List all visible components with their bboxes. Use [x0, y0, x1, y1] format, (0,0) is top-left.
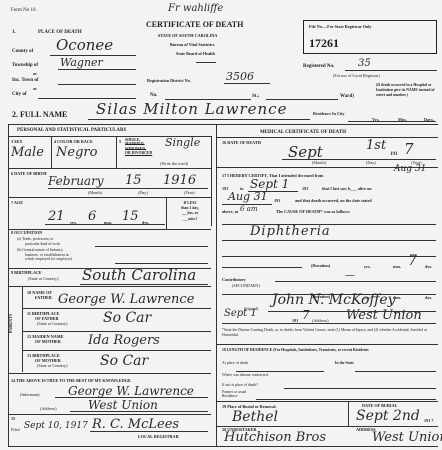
registered-number: 35 [358, 58, 371, 69]
day-caption: (Day) [366, 160, 376, 165]
knowledge-statement: 14 THE ABOVE IS TRUE TO THE BEST OF MY K… [11, 378, 131, 383]
place-of-death-heading: PLACE OF DEATH [38, 30, 82, 35]
occ-line: particular kind of work [17, 242, 60, 247]
registration-district-label: Registration District No. [147, 78, 191, 83]
month-caption: (Month) [88, 190, 102, 195]
yrs-label: yrs. [70, 220, 77, 225]
dod-day: 1st [366, 138, 386, 153]
township-value: Wagner [60, 56, 103, 69]
item-number: 15 [11, 416, 15, 421]
birthplace-label: 9 BIRTHPLACE [11, 270, 42, 275]
physician-signature: John N. McKoffey [272, 292, 396, 308]
attended-from-date: Aug 31 [394, 164, 426, 174]
occupation-a: (a) Trade, profession, or particular kin… [17, 237, 60, 246]
birthplace-sub: (State or Country) [28, 276, 58, 281]
occupation-b: (b) General nature of Industry, business… [17, 248, 72, 262]
sign-year-suffix: 7 [302, 308, 310, 322]
ward-label: Ward) [340, 94, 354, 99]
board: State Board of Health [176, 51, 215, 56]
if-not-label: If not at place of death? [222, 383, 258, 387]
dob-month: February [48, 174, 104, 188]
dod-year-prefix: 191 [390, 152, 398, 157]
birthplace-value: South Carolina [82, 266, 196, 284]
at-place-label: At place of death [222, 361, 252, 365]
marital-note: (Write the word) [160, 161, 188, 166]
annotation: Fr wahliffe [168, 3, 223, 14]
section-number: 1. [12, 30, 16, 35]
dob-label: 6 DATE OF BIRTH [11, 171, 47, 176]
hospital-note: (If death occurred in a Hospital or Inst… [376, 83, 438, 98]
less-than-day: If LESS than 1 day, ___hrs. or ___min.? [170, 201, 210, 222]
secondary-label: (SECONDARY) [232, 283, 260, 288]
sign-date: Sept 1 [224, 308, 257, 319]
file-number: 17261 [309, 36, 339, 51]
residence-length-label: 18 LENGTH OF RESIDENCE (For Hospitals, I… [222, 348, 436, 353]
occ-line: which employed (or employer) [17, 257, 72, 262]
age-label: 7 AGE [11, 200, 23, 205]
cause-of-death: Diphtheria [250, 224, 331, 239]
mos-label: mos. [393, 264, 401, 269]
last-saw-text: that I last saw h___ alive on [322, 186, 372, 191]
death-time: 6 am [240, 205, 258, 213]
certify-text-3: above, at [222, 209, 238, 214]
filed-date: Sept 10, 1917 [24, 421, 88, 431]
marital-options: SINGLE, MARRIED, WIDOWED, OR DIVORCED [125, 138, 165, 156]
county-value: Oconee [56, 36, 113, 54]
marital-number: 5 [119, 139, 121, 144]
bureau: Bureau of Vital Statistics [170, 42, 214, 47]
file-box-label: File No.—For State Registrar Only [309, 24, 372, 29]
days-label: Days. [424, 117, 434, 122]
certify-text-2: and that death occurred, on the date sta… [295, 198, 372, 203]
filed-label: Filed [11, 427, 20, 432]
in-state-label: In the State [335, 361, 357, 365]
less-line: ___min.? [170, 217, 210, 222]
age-days: 15 [122, 209, 139, 224]
informant-address-label: (Address) [40, 406, 57, 411]
footnote: *State the Disease Causing Death, or, in… [222, 328, 436, 337]
parents-label: PARENTS [8, 314, 13, 333]
undertaker-address: West Union [372, 430, 442, 445]
residence-label: Residence In City [313, 112, 353, 117]
registrar-label: LOCAL REGISTRAR [138, 434, 179, 439]
contributory-label: Contributory [222, 277, 246, 282]
street-label: St.; [252, 94, 259, 99]
file-number-box: File No.—For State Registrar Only 17261 [303, 20, 437, 54]
last-saw-date: Aug 31 [228, 190, 268, 203]
label-line: OF MOTHER [27, 339, 64, 344]
color-race-value: Negro [56, 145, 97, 160]
registered-label: Registered No. [303, 64, 334, 69]
inc-town-label: Inc. Town of [12, 78, 39, 83]
year-prefix: 191 [302, 186, 308, 191]
duration-days: 7 [408, 253, 417, 269]
medical-heading: MEDICAL CERTIFICATE OF DEATH [260, 130, 346, 135]
father-birthplace: So Car [103, 310, 151, 326]
township-label: Township of [12, 63, 38, 68]
registration-district-value: 3506 [226, 70, 254, 83]
year-prefix: 191 [274, 198, 280, 203]
registrar-signature: R. C. McLees [92, 417, 179, 432]
month-caption: (Month) [312, 160, 326, 165]
father-name: George W. Lawrence [58, 292, 194, 307]
or-label: or [33, 86, 37, 91]
personal-heading: PERSONAL AND STATISTICAL PARTICULARS [17, 128, 126, 133]
informant-value: George W. Lawrence [68, 384, 194, 398]
father-birthplace-label: 11 BIRTHPLACE OF FATHER (State or Countr… [27, 311, 67, 326]
dys-label: dys. [425, 264, 432, 269]
dod-label: 16 DATE OF DEATH [222, 140, 261, 145]
county-label: County of [12, 49, 33, 54]
color-race-label: 4 COLOR OR RACE [54, 139, 93, 144]
full-name-label: 2. FULL NAME [12, 110, 67, 119]
dys-label: dys. [425, 295, 432, 300]
burial-place: Bethel [232, 409, 278, 425]
city-label: City of [12, 92, 27, 97]
dob-year: 1916 [163, 173, 196, 188]
mos-label: mos. [104, 220, 112, 225]
mos-label: Mos. [398, 117, 407, 122]
or-label: or [33, 71, 37, 76]
label-line: (State or Country) [27, 321, 67, 326]
undertaker-name: Hutchison Bros [224, 430, 326, 445]
burial-date: Sept 2nd [356, 408, 420, 424]
burial-year: 191 7 [424, 418, 433, 423]
street-no-label: No. [150, 93, 157, 98]
sex-label: 3 SEX [11, 139, 22, 144]
mother-birthplace-label: 13 BIRTHPLACE OF MOTHER (State or Countr… [27, 353, 67, 368]
yrs-label: Yrs. [372, 117, 380, 122]
dys-label: dys. [142, 220, 149, 225]
day-caption: (Day) [138, 190, 148, 195]
duration-label: (Duration) [311, 263, 330, 268]
cause-label: The CAUSE OF DEATH* was as follows: [276, 209, 350, 214]
option-divorced: OR DIVORCED [125, 151, 165, 155]
informant-label: (Informant) [20, 392, 40, 397]
occ-line: (a) Trade, profession, or [17, 237, 60, 242]
age-years: 21 [48, 209, 65, 224]
father-label: 10 NAME OF FATHER [27, 290, 52, 300]
full-name-value: Silas Milton Lawrence [96, 100, 287, 118]
registered-note: (For use of Local Registrar) [333, 73, 380, 78]
certificate-title: CERTIFICATE OF DEATH [146, 20, 243, 29]
yrs-label: yrs. [364, 264, 371, 269]
age-months: 6 [88, 209, 96, 224]
attended-to-date: Sept 1 [250, 177, 289, 191]
dod-month: Sept [288, 143, 323, 161]
physician-address: West Union [346, 308, 422, 323]
contributory-value: — [345, 270, 355, 281]
where-contracted-label: Where was disease contracted, [222, 373, 269, 377]
mother-label: 12 MAIDEN NAME OF MOTHER [27, 334, 64, 344]
sex-value: Male [11, 145, 44, 160]
former-residence-label: Former or usual Residence [222, 390, 252, 398]
form-number: Form No 10. [11, 8, 37, 13]
label-line: FATHER [27, 295, 52, 300]
label-line: (State or Country) [27, 363, 67, 368]
death-certificate: Form No 10. Fr wahliffe CERTIFICATE OF D… [0, 0, 442, 450]
mother-name: Ida Rogers [88, 333, 160, 348]
informant-address: West Union [88, 398, 158, 412]
state-name: STATE OF SOUTH CAROLINA [158, 33, 217, 38]
dob-day: 15 [125, 173, 142, 188]
year-caption: (Year) [184, 190, 195, 195]
marital-value: Single [165, 136, 200, 149]
dod-year-suffix: 7 [404, 140, 414, 158]
mother-birthplace: So Car [100, 353, 148, 369]
occupation-label: 8 OCCUPATION [11, 230, 42, 235]
